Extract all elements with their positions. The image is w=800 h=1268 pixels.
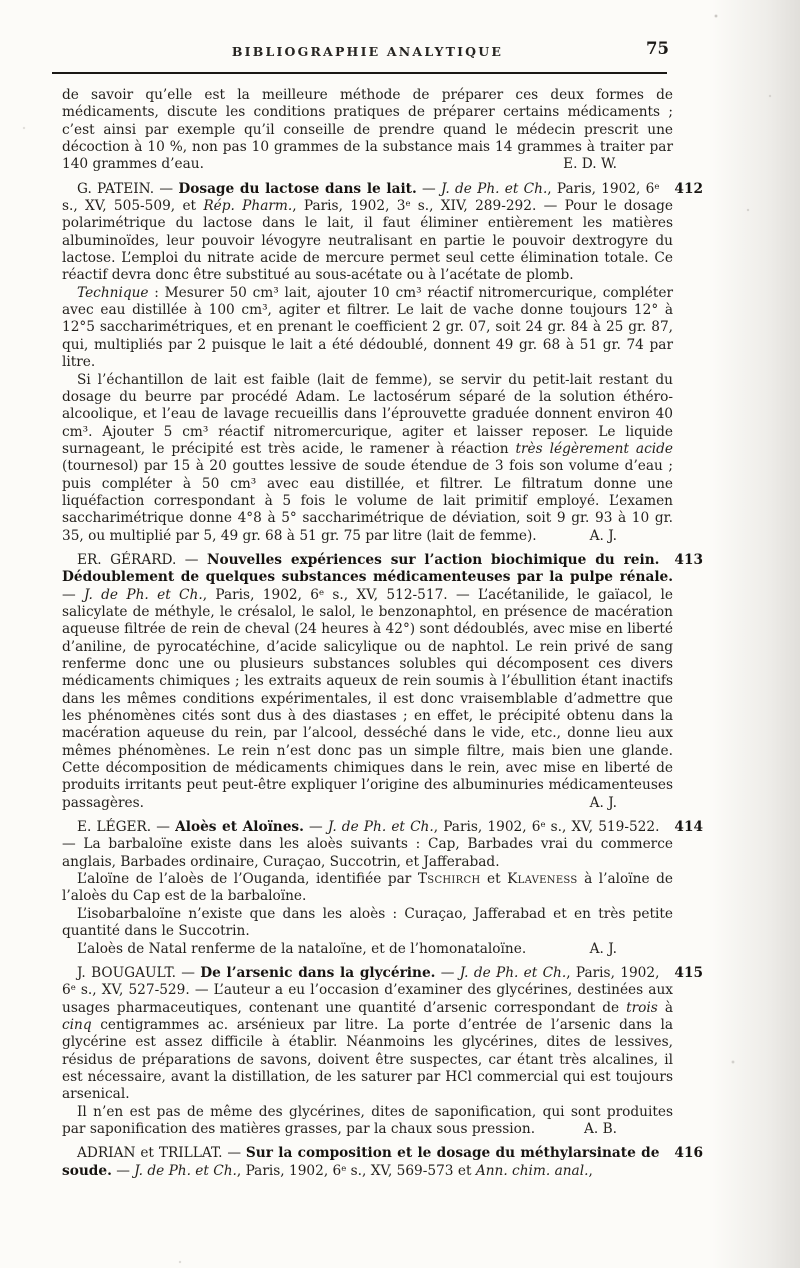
text-run: J. de Ph. et Ch. [441, 181, 547, 197]
text-run: à [658, 1000, 673, 1016]
text-run: s., XV, 512-517. — L’acétanilide, le gaï… [62, 587, 673, 811]
text-run: cinq [62, 1017, 92, 1033]
text-run: Aloès et Aloïnes. [175, 819, 304, 835]
text-run: J. BOUGAULT. — [77, 965, 200, 981]
text-run: L’aloïne de l’aloès de l’Ouganda, identi… [77, 871, 418, 887]
text-run: L’isobarbaloïne n’existe que dans les al… [62, 906, 673, 939]
reviewer-initials: A. B. [569, 1121, 617, 1138]
header-divider-rule [52, 72, 667, 74]
running-title: BIBLIOGRAPHIE ANALYTIQUE [62, 44, 673, 59]
text-run: centigrammes ac. arsénieux par litre. La… [62, 1017, 673, 1102]
entry-413: 413ER. GÉRARD. — Nouvelles expériences s… [62, 552, 673, 812]
text-run: — [112, 1163, 134, 1179]
page-header: BIBLIOGRAPHIE ANALYTIQUE 75 [62, 44, 673, 68]
entry-412: 412G. PATEIN. — Dosage du lactose dans l… [62, 181, 673, 285]
text-run: s., XV, 569-573 et [346, 1163, 476, 1179]
text-run: , Paris, 1902, 6 [434, 819, 541, 835]
text-run: J. de Ph. et Ch. [84, 587, 203, 603]
page-body: de savoir qu’elle est la meilleure métho… [62, 87, 673, 1180]
text-run: Rép. Pharm. [203, 198, 292, 214]
entry-412-note-lait-de-femme: Si l’échantillon de lait est faible (lai… [62, 372, 673, 545]
reviewer-initials: E. D. W. [563, 156, 617, 173]
text-run: s., XV, 527-529. — L’auteur a eu l’occas… [62, 982, 673, 1015]
entry-number: 415 [659, 965, 703, 982]
entry-414-note-ouganda: L’aloïne de l’aloès de l’Ouganda, identi… [62, 871, 673, 906]
text-run: trois [626, 1000, 658, 1016]
text-run: , [588, 1163, 592, 1179]
text-run: — [417, 181, 441, 197]
text-run: , Paris, 1902, 3 [292, 198, 405, 214]
reviewer-initials: A. J. [575, 795, 617, 812]
text-run: — [435, 965, 459, 981]
entry-number: 414 [659, 819, 703, 836]
reviewer-initials: A. J. [575, 941, 617, 958]
scanned-page: BIBLIOGRAPHIE ANALYTIQUE 75 de savoir qu… [0, 0, 800, 1268]
text-run: J. de Ph. et Ch. [328, 819, 434, 835]
text-run: s., XV, 505-509, et [62, 198, 203, 214]
text-run: et [480, 871, 507, 887]
text-run: : Mesurer 50 cm³ lait, ajouter 10 cm³ ré… [62, 285, 673, 370]
text-run: Technique [77, 285, 149, 301]
entry-number: 416 [659, 1145, 703, 1162]
text-run: J. de Ph. et Ch. [460, 965, 566, 981]
text-run: — [304, 819, 328, 835]
entry-414-note-natal: L’aloès de Natal renferme de la nataloïn… [62, 941, 673, 958]
entry-414: 414E. LÉGER. — Aloès et Aloïnes. — J. de… [62, 819, 673, 871]
text-run: L’aloès de Natal renferme de la nataloïn… [77, 941, 526, 957]
text-run: ER. GÉRARD. — [77, 552, 207, 568]
text-run: , Paris, 1902, 6 [203, 587, 319, 603]
text-run: , Paris, 1902, 6 [547, 181, 654, 197]
text-run: Klaveness [507, 871, 577, 887]
intro-continuation-paragraph: de savoir qu’elle est la meilleure métho… [62, 87, 673, 174]
text-column: BIBLIOGRAPHIE ANALYTIQUE 75 de savoir qu… [62, 44, 673, 1180]
text-run: J. de Ph. et Ch. [134, 1163, 237, 1179]
text-run: Ann. chim. anal. [476, 1163, 589, 1179]
page-number: 75 [646, 39, 669, 58]
entry-415: 415J. BOUGAULT. — De l’arsenic dans la g… [62, 965, 673, 1104]
entry-416: 416ADRIAN et TRILLAT. — Sur la compositi… [62, 1145, 673, 1180]
entry-number: 412 [659, 181, 703, 198]
text-run: e [654, 182, 659, 192]
entry-412-technique: Technique : Mesurer 50 cm³ lait, ajouter… [62, 285, 673, 372]
text-run: Dosage du lactose dans le lait. [178, 181, 416, 197]
entry-415-note-saponification: Il n’en est pas de même des glycérines, … [62, 1104, 673, 1139]
text-run: très légèrement acide [516, 441, 673, 457]
entry-number: 413 [659, 552, 703, 569]
text-run: — [62, 587, 84, 603]
text-run: De l’arsenic dans la glycérine. [200, 965, 435, 981]
text-run: G. PATEIN. — [77, 181, 178, 197]
text-run: Tschirch [418, 871, 481, 887]
text-run: , Paris, 1902, 6 [237, 1163, 341, 1179]
text-run: E. LÉGER. — [77, 819, 175, 835]
entry-414-note-isobarbaloine: L’isobarbaloïne n’existe que dans les al… [62, 906, 673, 941]
text-run: ADRIAN et TRILLAT. — [77, 1145, 246, 1161]
reviewer-initials: A. J. [575, 528, 617, 545]
